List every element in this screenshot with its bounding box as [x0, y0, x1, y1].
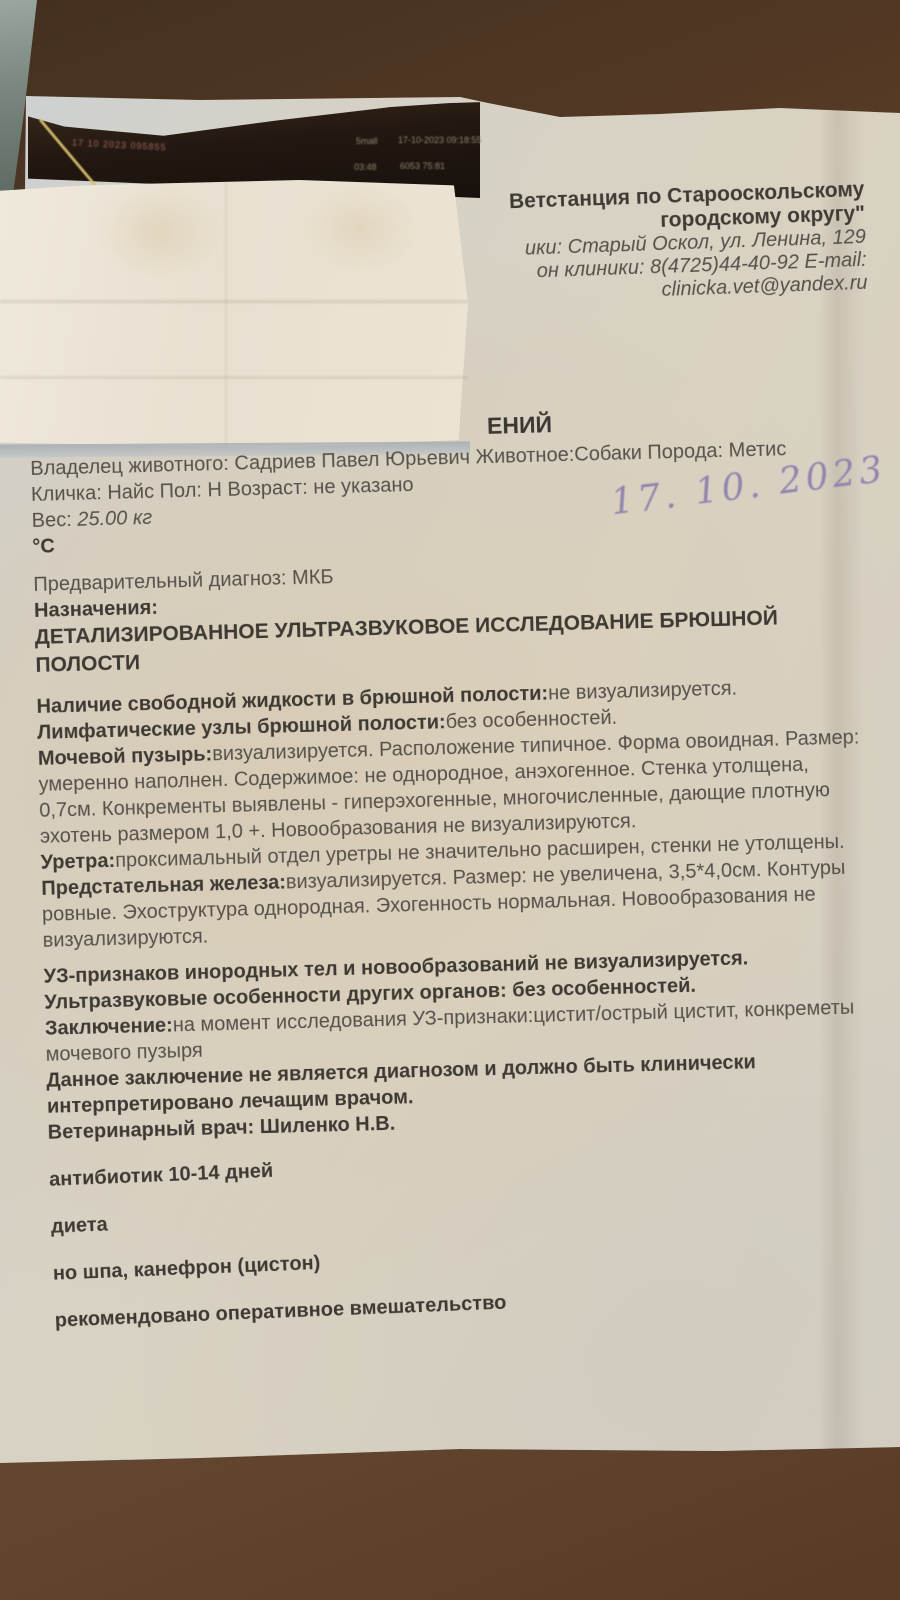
overlay-fold-line: [0, 376, 468, 379]
photo-of-vet-report: 17 10 2023 095855 5mall 17-10-2023 09:18…: [0, 0, 900, 1600]
strip-row1-value: 17-10-2023 09:18:55: [398, 135, 482, 145]
overlay-crease-patch: [95, 182, 225, 282]
patient-block: Владелец животного: Садриев Павел Юрьеви…: [30, 434, 864, 560]
report-body: Владелец животного: Садриев Павел Юрьеви…: [30, 434, 885, 1333]
prescription-diet: диета: [50, 1180, 882, 1239]
strip-row1-label: 5mall: [356, 136, 378, 146]
strip-row2-value: 6053 75:81: [400, 161, 445, 171]
prescription-noshpa: но шпа, канефрон (цистон): [52, 1227, 884, 1286]
summary-block: УЗ-признаков инородных тел и новообразов…: [43, 942, 879, 1146]
overlay-fold-line: [225, 182, 227, 446]
findings-block: Наличие свободной жидкости в брюшной пол…: [36, 672, 875, 954]
partial-document-title: ЕНИЙ: [487, 411, 553, 440]
prescriptions-block: антибиотик 10-14 дней диета но шпа, кане…: [49, 1133, 887, 1333]
strip-row2-label: 03:48: [354, 162, 377, 172]
overlay-fold-line: [0, 300, 468, 303]
overlay-crease-patch: [300, 184, 420, 274]
